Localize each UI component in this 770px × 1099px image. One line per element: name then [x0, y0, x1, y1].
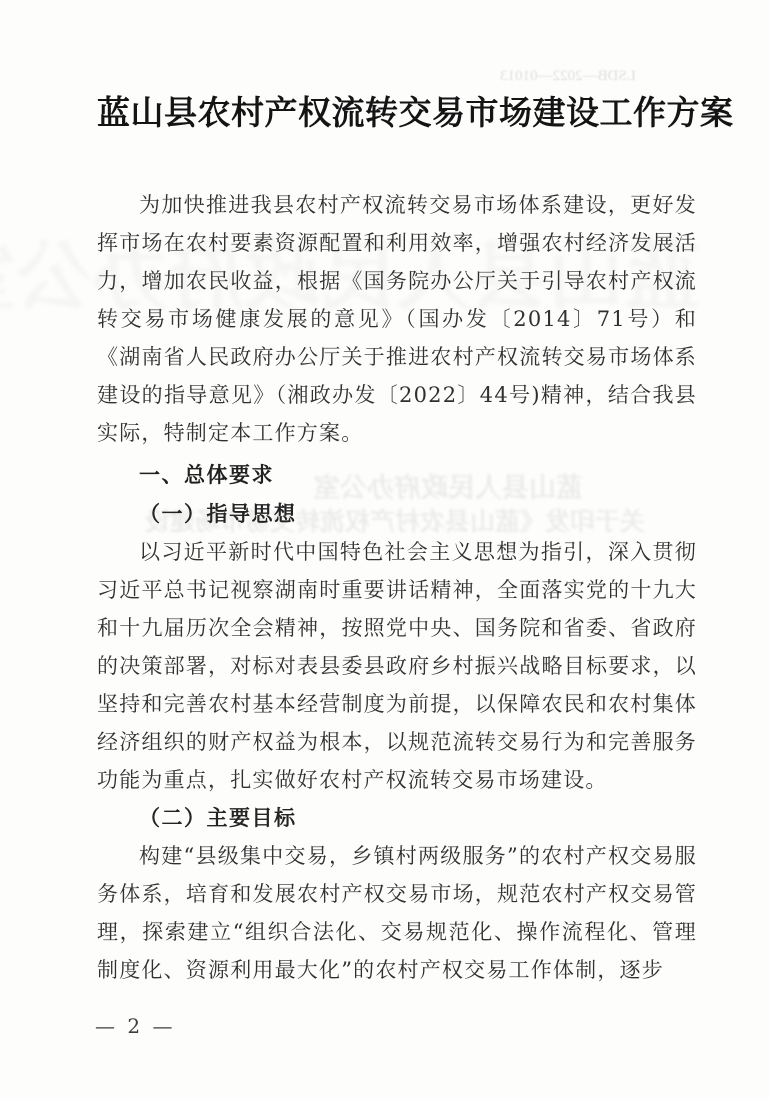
intro-paragraph: 为加快推进我县农村产权流转交易市场体系建设，更好发挥市场在农村要素资源配置和利用…: [97, 186, 697, 452]
guiding-ideology-paragraph: 以习近平新时代中国特色社会主义思想为指引，深入贯彻习近平总书记视察湖南时重要讲话…: [97, 533, 697, 799]
page-number-footer: — 2 —: [95, 1014, 175, 1038]
subsection-heading-main-goals: （二）主要目标: [97, 799, 697, 837]
subsection-heading-guiding-ideology: （一）指导思想: [97, 495, 697, 533]
document-title: 蓝山县农村产权流转交易市场建设工作方案: [97, 91, 697, 135]
section-heading-overall-requirements: 一、总体要求: [97, 457, 697, 495]
main-goals-paragraph: 构建“县级集中交易，乡镇村两级服务”的农村产权交易服务体系，培育和发展农村产权交…: [97, 837, 697, 989]
scanned-document-page: LSDB—2022—01013 蓝山县人民政府办公室 蓝山县人民政府办公室 关于…: [0, 0, 770, 1099]
document-content: 蓝山县农村产权流转交易市场建设工作方案 为加快推进我县农村产权流转交易市场体系建…: [97, 0, 697, 989]
